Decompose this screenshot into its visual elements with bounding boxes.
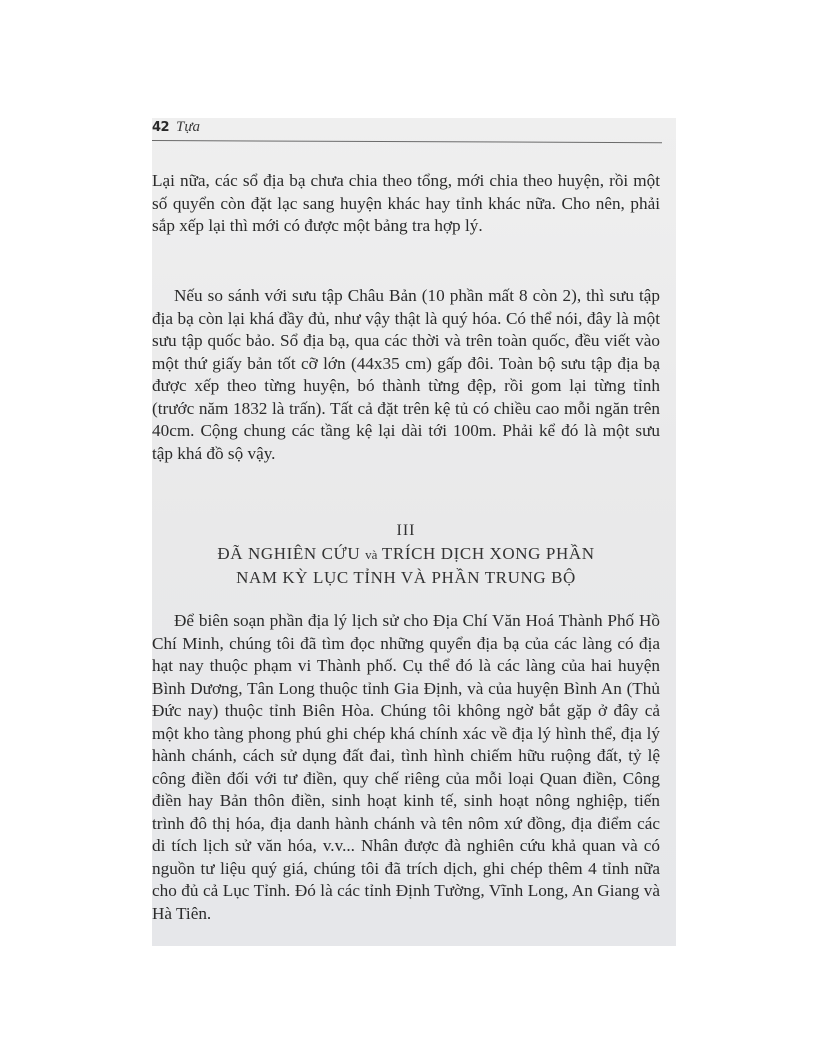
- section-title-line-1: ĐÃ NGHIÊN CỨU và TRÍCH DỊCH XONG PHẦN: [152, 542, 660, 566]
- section-title: ĐÃ NGHIÊN CỨU và TRÍCH DỊCH XONG PHẦN NA…: [152, 542, 660, 589]
- paragraph-1: Lại nữa, các sổ địa bạ chưa chia theo tổ…: [152, 170, 660, 238]
- paragraph-3: Để biên soạn phần địa lý lịch sử cho Địa…: [152, 610, 660, 925]
- section-title-part-b: TRÍCH DỊCH XONG PHẦN: [382, 544, 595, 563]
- paragraph-2: Nếu so sánh với sưu tập Châu Bản (10 phầ…: [152, 285, 660, 465]
- running-title: Tựa: [176, 119, 200, 136]
- section-title-conjunction: và: [365, 547, 377, 562]
- page-header: 42 Tựa: [152, 118, 662, 148]
- page-number: 42: [152, 120, 169, 135]
- section-title-part-a: ĐÃ NGHIÊN CỨU: [217, 544, 360, 563]
- section-title-line-2: NAM KỲ LỤC TỈNH VÀ PHẦN TRUNG BỘ: [152, 566, 660, 589]
- section-number: III: [152, 522, 660, 540]
